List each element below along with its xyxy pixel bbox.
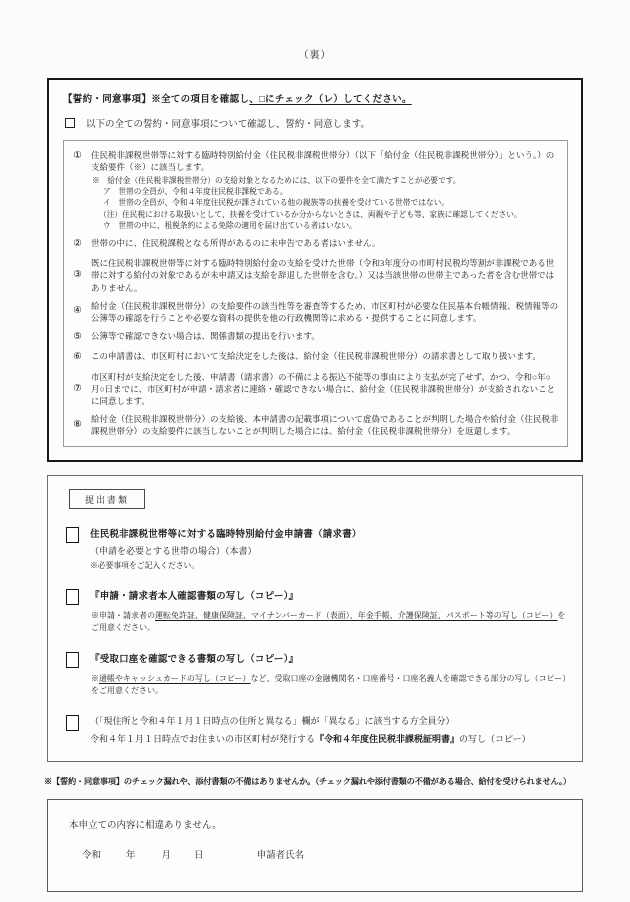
declaration-statement: 本申立ての内容に相違ありません。: [69, 817, 564, 831]
doc-checkbox-tax-certificate[interactable]: [66, 715, 79, 731]
doc-note-bank-account: ※通帳やキャッシュカードの写し（コピー）など、受取口座の金融機関名・口座番号・口…: [90, 673, 567, 697]
pledge-item-7: ⑦ 市区町村が支給決定をした後、申請書（請求書）の不備による振込不能等の事由によ…: [70, 371, 559, 407]
item-number-7: ⑦: [70, 382, 85, 396]
doc-checkbox-bank-account[interactable]: [66, 652, 79, 668]
pledge-item-7-text: 市区町村が支給決定をした後、申請書（請求書）の不備による振込不能等の事由により支…: [85, 371, 559, 407]
doc-note-identity: ※申請・請求者の運転免許証、健康保険証、マイナンバーカード（表面）、年金手帳、介…: [90, 610, 567, 634]
pledge-item-4-text: 給付金（住民税非課税世帯分）の支給要件の該当性等を審査等するため、市区町村が必要…: [85, 300, 559, 324]
doc-item-identity: 『申請・請求者本人確認書類の写し（コピー）』 ※申請・請求者の運転免許証、健康保…: [65, 588, 567, 634]
pledge-header-underlined: 、□にチェック（レ）してください。: [249, 95, 412, 105]
pledge-item-5: ⑤ 公簿等で確認できない場合は、関係書類の提出を行います。: [70, 330, 559, 344]
tax-cert-line: 令和４年１月１日時点でお住まいの市区町村が発行する『令和４年度住民税非課税証明書…: [90, 732, 567, 745]
documents-section: 提出書類 住民税非課税世帯等に対する臨時特別給付金申請書（請求書） （申請を必要…: [47, 475, 583, 762]
tax-cert-condition: （「現住所と令和４年１月１日時点の住所と異なる」欄が「異なる」に該当する方全員分…: [90, 714, 567, 727]
doc-item-bank-account: 『受取口座を確認できる書類の写し（コピー）』 ※通帳やキャッシュカードの写し（コ…: [65, 651, 567, 697]
bank-note-underlined: 通帳やキャッシュカードの写し（コピー）: [99, 674, 251, 683]
doc-item-application: 住民税非課税世帯等に対する臨時特別給付金申請書（請求書） （申請を必要とする世帯…: [65, 526, 567, 571]
document-page: （裏） 【誓約・同意事項】※全ての項目を確認し、□にチェック（レ）してください。…: [0, 0, 630, 902]
documents-label: 提出書類: [69, 489, 145, 509]
pledge-item-3-text: 既に住民税非課税世帯等に対する臨時特別給付金の支給を受けた世帯（令和3年度分の市…: [85, 257, 559, 293]
bank-note-prefix: ※: [91, 674, 99, 683]
item-number-6: ⑥: [70, 350, 85, 364]
tax-cert-suffix: の写し（コピー）: [459, 734, 531, 744]
pledge-item-4: ④ 給付金（住民税非課税世帯分）の支給要件の該当性等を審査等するため、市区町村が…: [70, 300, 559, 324]
pledge-section: 【誓約・同意事項】※全ての項目を確認し、□にチェック（レ）してください。 以下の…: [47, 78, 583, 462]
pledge-item-2: ② 世帯の中に、住民税課税となる所得があるのに未申告である者はいません。: [70, 237, 559, 251]
pledge-item-8: ⑧ 給付金（住民税非課税世帯分）の支給後、本申請書の記載事項について虚偽であるこ…: [70, 413, 559, 437]
check-reminder-note: ※【誓約・同意事項】のチェック漏れや、添付書類の不備はありませんか。（チェック漏…: [44, 776, 586, 787]
note-i: イ 世帯の全員が、令和４年度住民税が課されている他の親族等の扶養を受けている世帯…: [103, 197, 559, 208]
applicant-name-label: 申請者氏名: [257, 847, 305, 861]
pledge-item-3: ③ 既に住民税非課税世帯等に対する臨時特別給付金の支給を受けた世帯（令和3年度分…: [70, 257, 559, 293]
month-label: 月: [162, 847, 172, 861]
item-number-3: ③: [70, 268, 85, 282]
era-label: 令和: [82, 847, 101, 861]
tax-cert-title: 『令和４年度住民税非課税証明書』: [315, 734, 459, 744]
identity-note-prefix: ※申請・請求者の: [91, 611, 155, 620]
item-number-5: ⑤: [70, 330, 85, 344]
doc-sub-application: （申請を必要とする世帯の場合）（本書）: [90, 544, 567, 557]
pledge-item-1: ① 住民税非課税世帯等に対する臨時特別給付金（住民税非課税世帯分）（以下「給付金…: [70, 149, 559, 231]
doc-title-bank-account: 『受取口座を確認できる書類の写し（コピー）』: [90, 651, 567, 665]
note-a: ア 世帯の全員が、令和４年度住民税非課税である。: [103, 186, 559, 197]
tax-cert-prefix: 令和４年１月１日時点でお住まいの市区町村が発行する: [90, 734, 315, 744]
pledge-item-5-text: 公簿等で確認できない場合は、関係書類の提出を行います。: [85, 330, 559, 344]
declaration-section: 本申立ての内容に相違ありません。 令和 年 月 日 申請者氏名: [47, 799, 583, 892]
note-requirements: ※ 給付金（住民税非課税世帯分）の支給対象となるためには、以下の要件を全て満たす…: [92, 175, 559, 186]
agree-all-row: 以下の全ての誓約・同意事項について確認し、誓約・同意します。: [63, 116, 568, 130]
doc-checkbox-application[interactable]: [66, 527, 79, 543]
note-chu: （注）住民税における取扱いとして、扶養を受けているか分からないときは、両親や子ど…: [99, 209, 559, 220]
year-label: 年: [126, 847, 136, 861]
day-label: 日: [194, 847, 204, 861]
pledge-item-6-text: この申請書は、市区町村において支給決定をした後は、給付金（住民税非課税世帯分）の…: [85, 350, 559, 364]
declaration-date-row: 令和 年 月 日 申請者氏名: [69, 847, 564, 861]
doc-title-identity: 『申請・請求者本人確認書類の写し（コピー）』: [90, 588, 567, 602]
doc-checkbox-identity[interactable]: [66, 589, 79, 605]
pledge-item-6: ⑥ この申請書は、市区町村において支給決定をした後は、給付金（住民税非課税世帯分…: [70, 350, 559, 364]
doc-note-application: ※必要事項をご記入ください。: [90, 560, 567, 571]
doc-item-tax-certificate: （「現住所と令和４年１月１日時点の住所と異なる」欄が「異なる」に該当する方全員分…: [65, 714, 567, 745]
pledge-item-1-text: 住民税非課税世帯等に対する臨時特別給付金（住民税非課税世帯分）（以下「給付金（住…: [91, 149, 559, 173]
item-number-8: ⑧: [70, 418, 85, 432]
identity-note-underlined: 運転免許証、健康保険証、マイナンバーカード（表面）、年金手帳、介護保険証、パスポ…: [155, 611, 557, 620]
pledge-items-box: ① 住民税非課税世帯等に対する臨時特別給付金（住民税非課税世帯分）（以下「給付金…: [63, 140, 568, 447]
pledge-item-2-text: 世帯の中に、住民税課税となる所得があるのに未申告である者はいません。: [85, 237, 559, 251]
agree-all-checkbox[interactable]: [65, 118, 75, 128]
page-side-label: （裏）: [0, 0, 630, 61]
pledge-item-8-text: 給付金（住民税非課税世帯分）の支給後、本申請書の記載事項について虚偽であることが…: [85, 413, 559, 437]
item-number-1: ①: [70, 149, 85, 163]
agree-all-label: 以下の全ての誓約・同意事項について確認し、誓約・同意します。: [86, 116, 370, 130]
item-number-2: ②: [70, 237, 85, 251]
doc-title-application: 住民税非課税世帯等に対する臨時特別給付金申請書（請求書）: [90, 526, 567, 540]
note-u: ウ 世帯の中に、租税条約による免除の適用を届け出ている者はいない。: [103, 220, 559, 231]
pledge-item-1-notes: ※ 給付金（住民税非課税世帯分）の支給対象となるためには、以下の要件を全て満たす…: [91, 175, 559, 231]
pledge-header: 【誓約・同意事項】※全ての項目を確認し、□にチェック（レ）してください。: [63, 91, 568, 105]
item-number-4: ④: [70, 304, 85, 318]
pledge-header-text: 【誓約・同意事項】※全ての項目を確認し: [63, 95, 249, 105]
